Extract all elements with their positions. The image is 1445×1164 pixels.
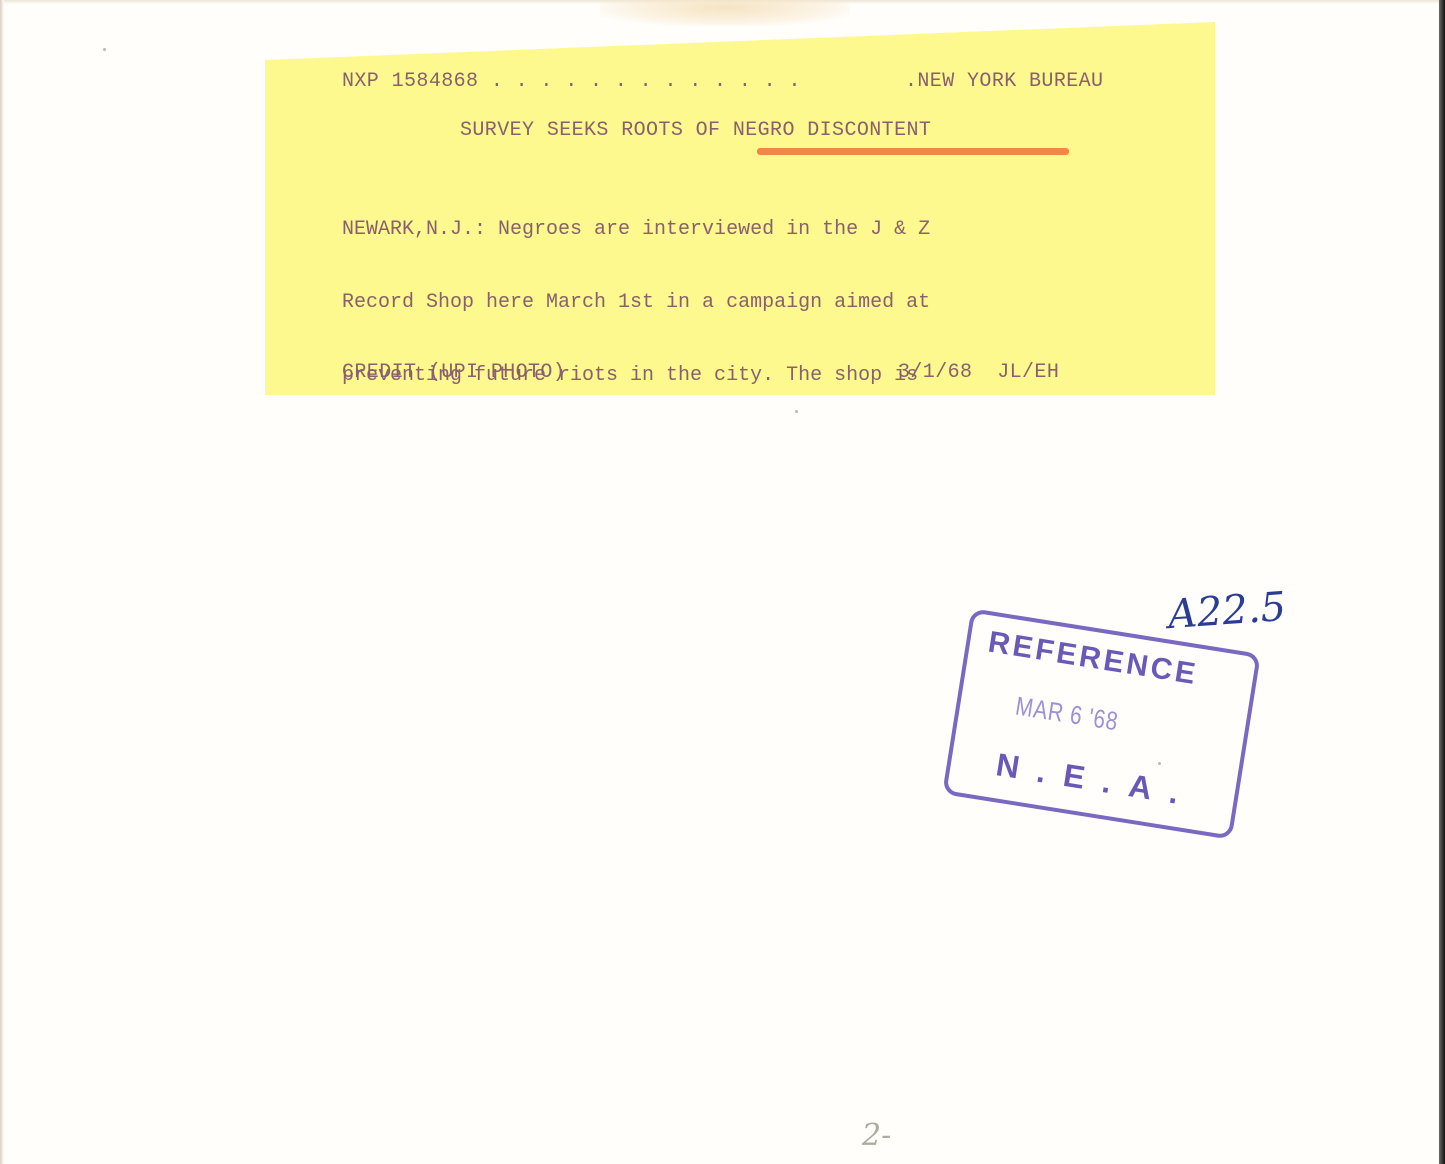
headline-underline-mark: [757, 148, 1069, 155]
caption-line: Baptist Church, is organizer of the surv…: [342, 657, 954, 681]
caption-line: RU: [342, 730, 954, 754]
caption-label: NXP 1584868 . . . . . . . . . . . . . .N…: [265, 22, 1215, 395]
caption-line: get to the root of the people's problems…: [342, 511, 954, 535]
handwritten-page-mark: 2-: [862, 1118, 891, 1153]
photo-id: NXP 1584868 . . . . . . . . . . . . .: [342, 70, 801, 93]
stamp-organization: N.E.A.: [993, 746, 1199, 814]
bureau-name: .NEW YORK BUREAU: [905, 70, 1103, 93]
stamp-date: MAR 6 '68: [1013, 691, 1120, 738]
caption-line: James Wade, pastor of the Greater First …: [342, 584, 954, 608]
reference-stamp: REFERENCE MAR 6 '68 N.E.A.: [942, 608, 1261, 840]
sheet-right-edge: [1439, 0, 1445, 1164]
headline: SURVEY SEEKS ROOTS OF NEGRO DISCONTENT: [460, 119, 931, 142]
caption-line: Record Shop here March 1st in a campaign…: [342, 291, 954, 315]
dust-speck: [795, 410, 798, 413]
tape-residue: [600, 0, 850, 26]
caption-body: NEWARK,N.J.: Negroes are interviewed in …: [342, 169, 954, 804]
dust-speck: [1158, 762, 1161, 765]
handwritten-file-code: A22.5: [1167, 584, 1288, 638]
dust-speck: [103, 48, 106, 51]
photo-credit: CREDIT (UPI PHOTO): [342, 361, 565, 384]
date-initials: 3/1/68 JL/EH: [898, 361, 1059, 384]
photo-back-sheet: NXP 1584868 . . . . . . . . . . . . . .N…: [0, 0, 1445, 1164]
stamp-title: REFERENCE: [986, 626, 1201, 693]
sheet-left-edge: [0, 0, 4, 1164]
caption-line: NEWARK,N.J.: Negroes are interviewed in …: [342, 218, 954, 242]
caption-line: headquarters of a door-to-door campaign …: [342, 437, 954, 461]
